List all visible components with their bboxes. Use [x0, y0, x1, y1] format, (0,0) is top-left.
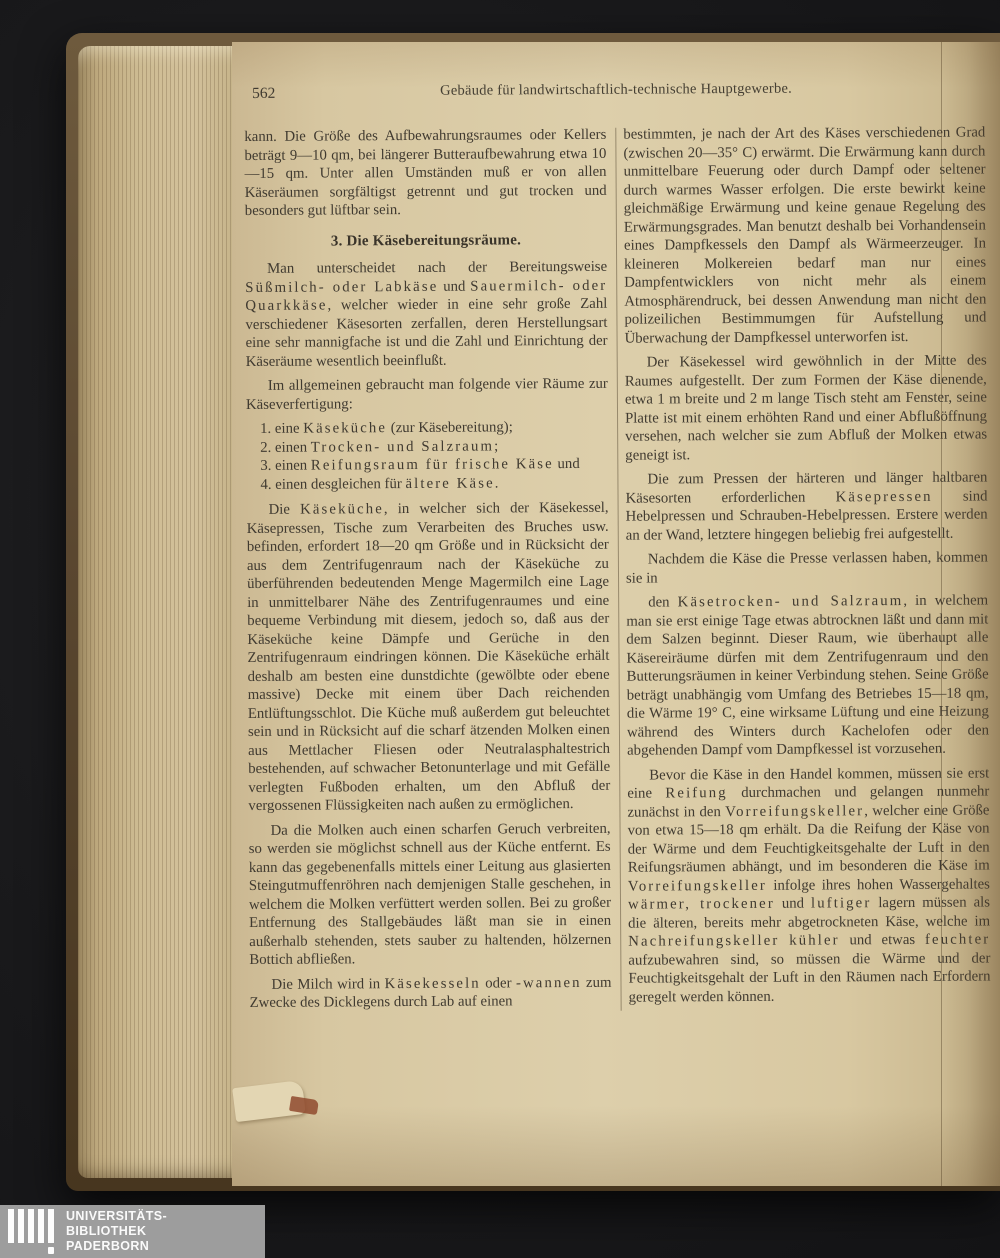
- library-name: UNIVERSITÄTS- BIBLIOTHEK PADERBORN: [66, 1209, 167, 1254]
- paragraph: Die Käseküche, in welcher sich der Käsek…: [247, 499, 611, 816]
- list-item: 4. einen desgleichen für ältere Käse.: [260, 473, 608, 494]
- text-run: Die: [269, 502, 301, 518]
- book-page: 562 Gebäude für landwirtschaftlich-techn…: [232, 42, 1000, 1186]
- text-run: und: [554, 456, 580, 472]
- library-name-line: PADERBORN: [66, 1239, 167, 1254]
- emphasized-term: Käsekesseln: [384, 975, 480, 992]
- emphasized-term: kühler: [789, 932, 840, 948]
- page-content: 562 Gebäude für landwirtschaftlich-techn…: [244, 79, 994, 1012]
- library-name-line: BIBLIOTHEK: [66, 1224, 167, 1239]
- library-name-line: UNIVERSITÄTS-: [66, 1209, 167, 1224]
- list-item: 1. eine Käseküche (zur Käsebereitung);: [260, 418, 608, 439]
- emphasized-term: ältere Käse: [405, 475, 494, 492]
- left-column: kann. Die Größe des Aufbewahrungsraumes …: [244, 126, 611, 1013]
- text-run: 4. einen desgleichen für: [260, 476, 405, 493]
- paragraph: bestimmten, je nach der Art des Käses ve…: [623, 123, 986, 347]
- emphasized-term: Käsepressen: [836, 488, 933, 505]
- logo-bar: [18, 1209, 24, 1243]
- text-run: bestimmten, je nach der Art des Käses ve…: [623, 124, 986, 346]
- emphasized-term: Süßmilch- oder Labkäse: [245, 278, 438, 295]
- emphasized-term: Vorreifungskeller: [628, 877, 767, 894]
- text-run: Im allgemeinen gebraucht man folgende vi…: [246, 376, 608, 413]
- numbered-list: 1. eine Käseküche (zur Käsebereitung);2.…: [260, 418, 608, 494]
- emphasized-term: Vorreifungskeller: [725, 803, 864, 820]
- page-header: 562 Gebäude für landwirtschaftlich-techn…: [244, 79, 988, 106]
- text-run: infolge ihres hohen Wassergehaltes: [767, 876, 990, 893]
- text-run: 1. eine: [260, 421, 303, 437]
- emphasized-term: wärmer, trockener: [628, 896, 775, 913]
- text-run: , in welchem man sie erst einige Tage et…: [626, 592, 989, 758]
- text-run: .: [495, 475, 499, 491]
- paragraph: den Käsetrocken- und Salzraum, in welche…: [626, 591, 989, 760]
- emphasized-term: Reifung: [665, 785, 727, 801]
- text-run: und etwas: [840, 932, 925, 949]
- text-run: den: [648, 594, 678, 610]
- paragraph: Nachdem die Käse die Presse verlassen ha…: [626, 548, 988, 587]
- paragraph: Da die Molken auch einen scharfen Geruch…: [249, 819, 612, 969]
- list-item: 2. einen Trocken- und Salzraum;: [260, 436, 608, 457]
- emphasized-term: -wannen: [516, 974, 582, 990]
- ub-paderborn-logo-icon: [8, 1209, 55, 1254]
- paragraph: Die Milch wird in Käsekesseln oder -wann…: [249, 973, 611, 1012]
- text-run: [779, 933, 789, 949]
- emphasized-term: Trocken- und Salzraum: [311, 438, 494, 455]
- paragraph: kann. Die Größe des Aufbewahrungsraumes …: [244, 126, 607, 221]
- section-heading: 3. Die Käsebereitungsräume.: [245, 230, 607, 251]
- text-run: , in welcher sich der Käsekessel, Käsepr…: [247, 500, 611, 814]
- logo-exclamation-dot: [48, 1247, 54, 1254]
- text-run: Die Milch wird in: [271, 976, 384, 993]
- column-divider: [615, 128, 621, 1010]
- text-run: Da die Molken auch einen scharfen Geruch…: [249, 820, 612, 968]
- logo-bar: [48, 1209, 54, 1243]
- text-run: Man unterscheidet nach der Bereitungswei…: [267, 259, 607, 277]
- text-run: Der Käsekessel wird gewöhnlich in der Mi…: [625, 352, 987, 463]
- list-item: 3. einen Reifungsraum für frische Käse u…: [260, 455, 608, 476]
- running-title: Gebäude für landwirtschaftlich-technisch…: [244, 79, 988, 101]
- emphasized-term: Käseküche: [303, 420, 387, 437]
- paragraph: Die zum Pressen der härteren und länger …: [625, 468, 987, 544]
- text-run: (zur Käsebereitung);: [387, 419, 513, 436]
- right-column: bestimmten, je nach der Art des Käses ve…: [623, 123, 990, 1010]
- text-run: und: [438, 278, 470, 294]
- logo-bar: [28, 1209, 34, 1243]
- text-run: ;: [494, 438, 498, 454]
- library-watermark: UNIVERSITÄTS- BIBLIOTHEK PADERBORN: [0, 1205, 265, 1258]
- emphasized-term: Käseküche: [300, 501, 384, 518]
- text-run: und: [775, 896, 811, 912]
- emphasized-term: Käsetrocken- und Salzraum: [678, 593, 904, 610]
- paragraph: Im allgemeinen gebraucht man folgende vi…: [246, 375, 608, 414]
- emphasized-term: Nachreifungskeller: [628, 933, 779, 950]
- text-run: kann. Die Größe des Aufbewahrungsraumes …: [244, 127, 606, 219]
- logo-bar: [8, 1209, 14, 1243]
- text-columns: kann. Die Größe des Aufbewahrungsraumes …: [244, 123, 993, 1012]
- page-number: 562: [252, 85, 275, 103]
- text-run: oder: [481, 975, 516, 991]
- emphasized-term: feuchter: [925, 931, 990, 947]
- logo-bar: [38, 1209, 44, 1243]
- text-run: Nachdem die Käse die Presse verlassen ha…: [626, 549, 988, 586]
- paragraph: Der Käsekessel wird gewöhnlich in der Mi…: [625, 351, 988, 464]
- emphasized-term: luftiger: [811, 895, 871, 911]
- emphasized-term: Reifungsraum für frische Käse: [311, 456, 554, 473]
- paragraph: Bevor die Käse in den Handel kommen, müs…: [627, 764, 990, 1007]
- paragraph: Man unterscheidet nach der Bereitungswei…: [245, 258, 608, 371]
- text-run: 3. einen: [260, 458, 311, 474]
- scan-background: 562 Gebäude für landwirtschaftlich-techn…: [0, 0, 1000, 1258]
- text-run: aufzubewahren sind, so müssen die Wärme …: [628, 950, 990, 1005]
- text-run: 2. einen: [260, 439, 311, 455]
- page-stack-fore-edge: [78, 46, 236, 1178]
